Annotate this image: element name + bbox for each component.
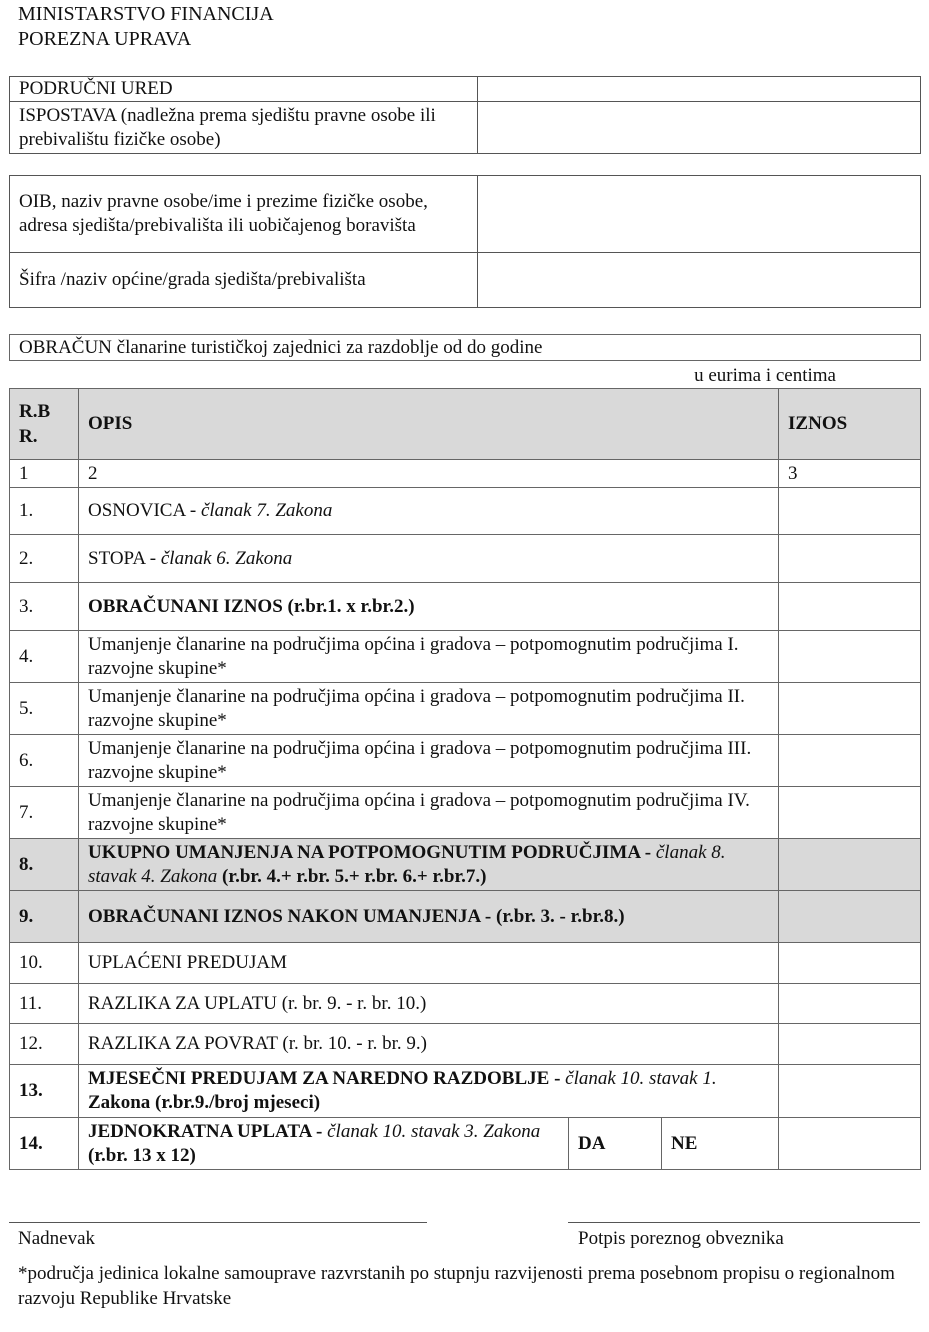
table-row: 12.RAZLIKA ZA POVRAT (r. br. 10. - r. br… <box>10 1024 921 1065</box>
table-row: 10.UPLAĆENI PREDUJAM <box>10 943 921 984</box>
row-number: 4. <box>10 631 79 683</box>
taxpayer-value-field[interactable] <box>478 176 921 253</box>
signature-label: Potpis poreznog obveznika <box>578 1227 784 1251</box>
row-description: OBRAČUNANI IZNOS (r.br.1. x r.br.2.) <box>79 583 779 631</box>
description-part: OBRAČUNANI IZNOS NAKON UMANJENJA - (r.br… <box>88 906 625 927</box>
row-number: 9. <box>10 891 79 943</box>
office-row: PODRUČNI URED <box>10 77 921 102</box>
table-row: 11.RAZLIKA ZA UPLATU (r. br. 9. - r. br.… <box>10 984 921 1024</box>
table-row: 3.OBRAČUNANI IZNOS (r.br.1. x r.br.2.) <box>10 583 921 631</box>
row-number: 12. <box>10 1024 79 1065</box>
branch-label: ISPOSTAVA (nadležna prema sjedištu pravn… <box>10 102 478 154</box>
description-part: članak 10. stavak 3. Zakona <box>327 1121 540 1142</box>
amount-field[interactable] <box>779 488 921 535</box>
table-row-one-time-payment: 14.JEDNOKRATNA UPLATA - članak 10. stava… <box>10 1118 921 1170</box>
row-number: 14. <box>10 1118 79 1170</box>
row-description: UPLAĆENI PREDUJAM <box>79 943 779 984</box>
row-number: 13. <box>10 1065 79 1118</box>
calculation-title: OBRAČUN članarine turističkoj zajednici … <box>10 335 921 361</box>
municipality-row: Šifra /naziv općine/grada sjedišta/prebi… <box>10 253 921 308</box>
table-row: 4.Umanjenje članarine na područjima opći… <box>10 631 921 683</box>
row-number: 10. <box>10 943 79 984</box>
row-number: 5. <box>10 683 79 735</box>
date-line[interactable] <box>9 1222 427 1223</box>
taxpayer-row: OIB, naziv pravne osobe/ime i prezime fi… <box>10 176 921 253</box>
row-number: 8. <box>10 839 79 891</box>
amount-field[interactable] <box>779 631 921 683</box>
tax-administration-name: POREZNA UPRAVA <box>18 27 191 51</box>
amount-field[interactable] <box>779 984 921 1024</box>
date-label: Nadnevak <box>18 1227 95 1251</box>
header-rbr: R.B R. <box>10 389 79 460</box>
amount-field[interactable] <box>779 1118 921 1170</box>
row-number: 6. <box>10 735 79 787</box>
yes-option[interactable]: DA <box>569 1118 662 1170</box>
description-part: (r.br. 13 x 12) <box>88 1145 196 1166</box>
description-part: Umanjenje članarine na područjima općina… <box>88 634 739 679</box>
row-description: Umanjenje članarine na područjima općina… <box>79 787 779 839</box>
row-description: Umanjenje članarine na područjima općina… <box>79 683 779 735</box>
footnote: *područja jedinica lokalne samouprave ra… <box>18 1261 918 1311</box>
amount-field[interactable] <box>779 891 921 943</box>
row-description: RAZLIKA ZA POVRAT (r. br. 10. - r. br. 9… <box>79 1024 779 1065</box>
description-part: članak 6. Zakona <box>161 548 292 569</box>
row-number: 7. <box>10 787 79 839</box>
amount-field[interactable] <box>779 735 921 787</box>
row-number: 2. <box>10 535 79 583</box>
taxpayer-table: OIB, naziv pravne osobe/ime i prezime fi… <box>9 175 921 308</box>
amount-field[interactable] <box>779 787 921 839</box>
signature-line[interactable] <box>568 1222 920 1223</box>
row-description: MJESEČNI PREDUJAM ZA NAREDNO RAZDOBLJE -… <box>79 1065 779 1118</box>
row-description: OBRAČUNANI IZNOS NAKON UMANJENJA - (r.br… <box>79 891 779 943</box>
description-part: RAZLIKA ZA UPLATU (r. br. 9. - r. br. 10… <box>88 993 426 1014</box>
description-part: Umanjenje članarine na područjima općina… <box>88 790 750 835</box>
table-row: 8.UKUPNO UMANJENJA NA POTPOMOGNUTIM PODR… <box>10 839 921 891</box>
table-row: 9.OBRAČUNANI IZNOS NAKON UMANJENJA - (r.… <box>10 891 921 943</box>
amount-field[interactable] <box>779 583 921 631</box>
currency-note: u eurima i centima <box>694 364 836 388</box>
description-part: STOPA - <box>88 548 161 569</box>
row-number: 3. <box>10 583 79 631</box>
table-row: 6.Umanjenje članarine na područjima opći… <box>10 735 921 787</box>
row-number: 11. <box>10 984 79 1024</box>
col-number-2: 2 <box>79 460 779 488</box>
table-row: 13.MJESEČNI PREDUJAM ZA NAREDNO RAZDOBLJ… <box>10 1065 921 1118</box>
branch-value-field[interactable] <box>478 102 921 154</box>
description-part: OSNOVICA - <box>88 500 201 521</box>
amount-field[interactable] <box>779 839 921 891</box>
col-number-1: 1 <box>10 460 79 488</box>
amount-field[interactable] <box>779 1024 921 1065</box>
table-row: 5.Umanjenje članarine na područjima opći… <box>10 683 921 735</box>
description-part: Umanjenje članarine na područjima općina… <box>88 738 751 783</box>
table-row: 2.STOPA - članak 6. Zakona <box>10 535 921 583</box>
table-row: 7.Umanjenje članarine na područjima opći… <box>10 787 921 839</box>
description-part: MJESEČNI PREDUJAM ZA NAREDNO RAZDOBLJE - <box>88 1068 565 1089</box>
calculation-table: R.B R. OPIS IZNOS 1 2 3 1.OSNOVICA - čla… <box>9 388 921 1170</box>
table-header-row: R.B R. OPIS IZNOS <box>10 389 921 460</box>
col-number-3: 3 <box>779 460 921 488</box>
description-part: JEDNOKRATNA UPLATA - <box>88 1121 327 1142</box>
description-part: UPLAĆENI PREDUJAM <box>88 952 287 973</box>
municipality-label: Šifra /naziv općine/grada sjedišta/prebi… <box>10 253 478 308</box>
description-part: Zakona (r.br.9./broj mjeseci) <box>88 1092 320 1113</box>
description-part: (r.br. 4.+ r.br. 5.+ r.br. 6.+ r.br.7.) <box>217 866 486 887</box>
office-label: PODRUČNI URED <box>10 77 478 102</box>
amount-field[interactable] <box>779 683 921 735</box>
header-iznos: IZNOS <box>779 389 921 460</box>
row-description: STOPA - članak 6. Zakona <box>79 535 779 583</box>
amount-field[interactable] <box>779 943 921 984</box>
branch-row: ISPOSTAVA (nadležna prema sjedištu pravn… <box>10 102 921 154</box>
no-option[interactable]: NE <box>662 1118 779 1170</box>
ministry-name: MINISTARSTVO FINANCIJA <box>18 2 274 26</box>
taxpayer-label: OIB, naziv pravne osobe/ime i prezime fi… <box>10 176 478 253</box>
description-part: RAZLIKA ZA POVRAT (r. br. 10. - r. br. 9… <box>88 1033 427 1054</box>
amount-field[interactable] <box>779 1065 921 1118</box>
table-row: 1.OSNOVICA - članak 7. Zakona <box>10 488 921 535</box>
row-description: RAZLIKA ZA UPLATU (r. br. 9. - r. br. 10… <box>79 984 779 1024</box>
office-table: PODRUČNI URED ISPOSTAVA (nadležna prema … <box>9 76 921 154</box>
row-description: OSNOVICA - članak 7. Zakona <box>79 488 779 535</box>
description-part: UKUPNO UMANJENJA NA POTPOMOGNUTIM PODRUČ… <box>88 842 656 863</box>
description-part: članak 10. stavak 1. <box>565 1068 716 1089</box>
amount-field[interactable] <box>779 535 921 583</box>
description-part: Umanjenje članarine na područjima općina… <box>88 686 745 731</box>
calculation-title-box: OBRAČUN članarine turističkoj zajednici … <box>9 334 921 361</box>
description-part: OBRAČUNANI IZNOS (r.br.1. x r.br.2.) <box>88 596 415 617</box>
row-description: Umanjenje članarine na područjima općina… <box>79 631 779 683</box>
row-description: JEDNOKRATNA UPLATA - članak 10. stavak 3… <box>79 1118 569 1170</box>
description-part: članak 7. Zakona <box>201 500 332 521</box>
header-opis: OPIS <box>79 389 779 460</box>
row-description: Umanjenje članarine na područjima općina… <box>79 735 779 787</box>
municipality-value-field[interactable] <box>478 253 921 308</box>
row-number: 1. <box>10 488 79 535</box>
office-value-field[interactable] <box>478 77 921 102</box>
row-description: UKUPNO UMANJENJA NA POTPOMOGNUTIM PODRUČ… <box>79 839 779 891</box>
column-number-row: 1 2 3 <box>10 460 921 488</box>
